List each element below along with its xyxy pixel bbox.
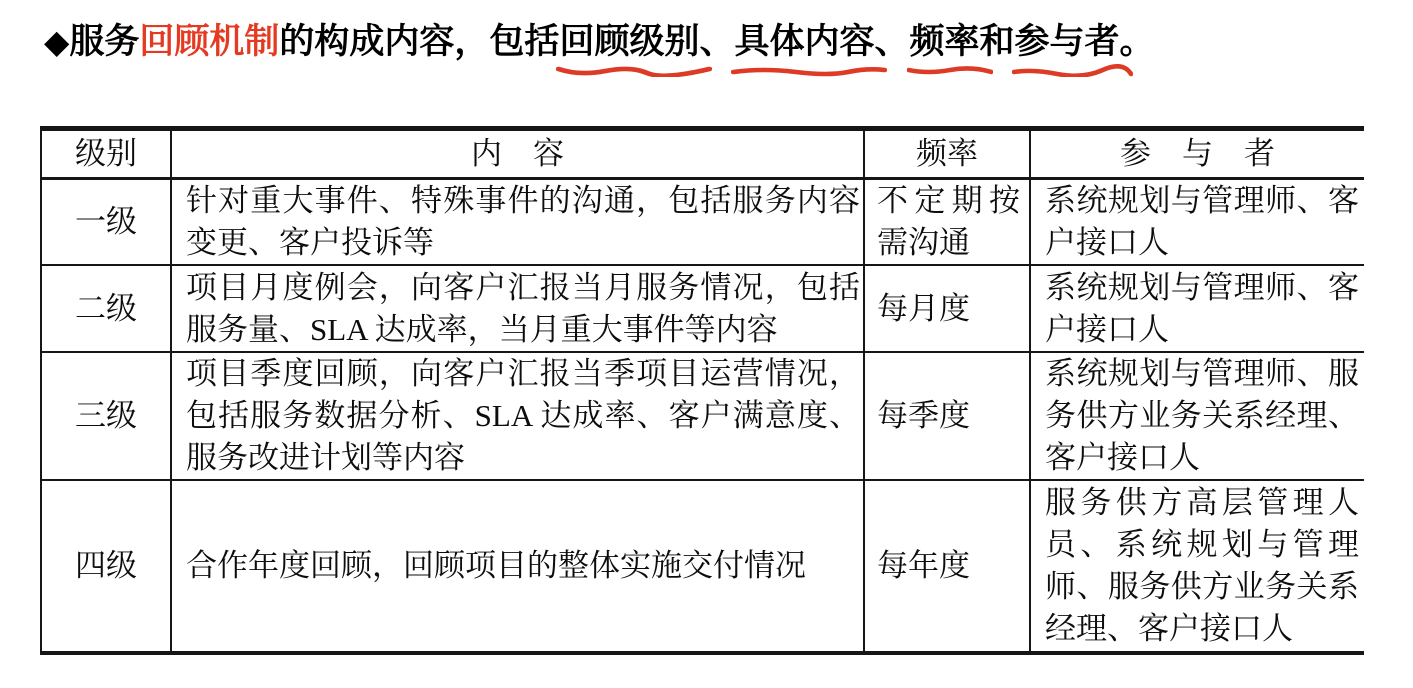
table-row-level-2: 二级 项目月度例会，向客户汇报当月服务情况，包括服务量、SLA 达成率，当月重大… [41,265,1364,352]
red-scribble-underline-icon [556,64,712,77]
cell-participants: 系统规划与管理师、客户接口人 [1030,179,1364,266]
red-scribble-underline-icon [1012,64,1133,77]
cell-frequency: 每月度 [864,265,1030,352]
underlined-term: 具体内容 [734,20,874,64]
cell-level: 三级 [41,352,171,480]
heading-text: 具体内容 [734,22,874,61]
heading-text: 。 [1120,22,1155,61]
page-title: ◆服务回顾机制的构成内容，包括回顾级别、具体内容、频率和参与者。 [44,20,1155,64]
highlighted-term: 回顾机制 [139,22,279,61]
cell-frequency: 每年度 [864,480,1030,653]
column-header-participants: 参 与 者 [1030,129,1364,179]
cell-level: 二级 [41,265,171,352]
cell-participants: 服务供方高层管理人员、系统规划与管理师、服务供方业务关系经理、客户接口人 [1030,480,1364,653]
heading-text: 服务 [69,22,139,61]
column-header-level: 级别 [41,129,171,179]
cell-participants: 系统规划与管理师、服务供方业务关系经理、客户接口人 [1030,352,1364,480]
table-header-row: 级别 内 容 频率 参 与 者 [41,129,1364,179]
table-row-level-3: 三级 项目季度回顾，向客户汇报当季项目运营情况，包括服务数据分析、SLA 达成率… [41,352,1364,480]
cell-content: 项目季度回顾，向客户汇报当季项目运营情况，包括服务数据分析、SLA 达成率、客户… [171,352,864,480]
table-row-level-1: 一级 针对重大事件、特殊事件的沟通，包括服务内容变更、客户投诉等 不定期按需沟通… [41,179,1364,266]
heading-text: 的构成内容，包括 [279,22,559,61]
table-row-level-4: 四级 合作年度回顾，回顾项目的整体实施交付情况 每年度 服务供方高层管理人员、系… [41,480,1364,653]
cell-frequency: 不定期按需沟通 [864,179,1030,266]
heading-text: 、 [699,22,734,61]
cell-content: 项目月度例会，向客户汇报当月服务情况，包括服务量、SLA 达成率，当月重大事件等… [171,265,864,352]
column-header-frequency: 频率 [864,129,1030,179]
underlined-term: 频率 [910,20,980,64]
red-scribble-underline-icon [907,64,993,77]
heading-text: 频率 [910,22,980,61]
cell-level: 四级 [41,480,171,653]
heading-text: 、 [874,22,909,61]
heading-text: 和 [980,22,1015,61]
heading-text: 回顾级别 [559,22,699,61]
heading-text: 参与者 [1015,22,1120,61]
underlined-term: 参与者 [1015,20,1120,64]
diamond-bullet-icon: ◆ [44,23,69,60]
column-header-content: 内 容 [171,129,864,179]
red-scribble-underline-icon [731,64,887,77]
underlined-term: 回顾级别 [559,20,699,64]
cell-frequency: 每季度 [864,352,1030,480]
cell-level: 一级 [41,179,171,266]
cell-participants: 系统规划与管理师、客户接口人 [1030,265,1364,352]
cell-content: 合作年度回顾，回顾项目的整体实施交付情况 [171,480,864,653]
cell-content: 针对重大事件、特殊事件的沟通，包括服务内容变更、客户投诉等 [171,179,864,266]
service-review-table: 级别 内 容 频率 参 与 者 一级 针对重大事件、特殊事件的沟通，包括服务内容… [40,126,1364,655]
